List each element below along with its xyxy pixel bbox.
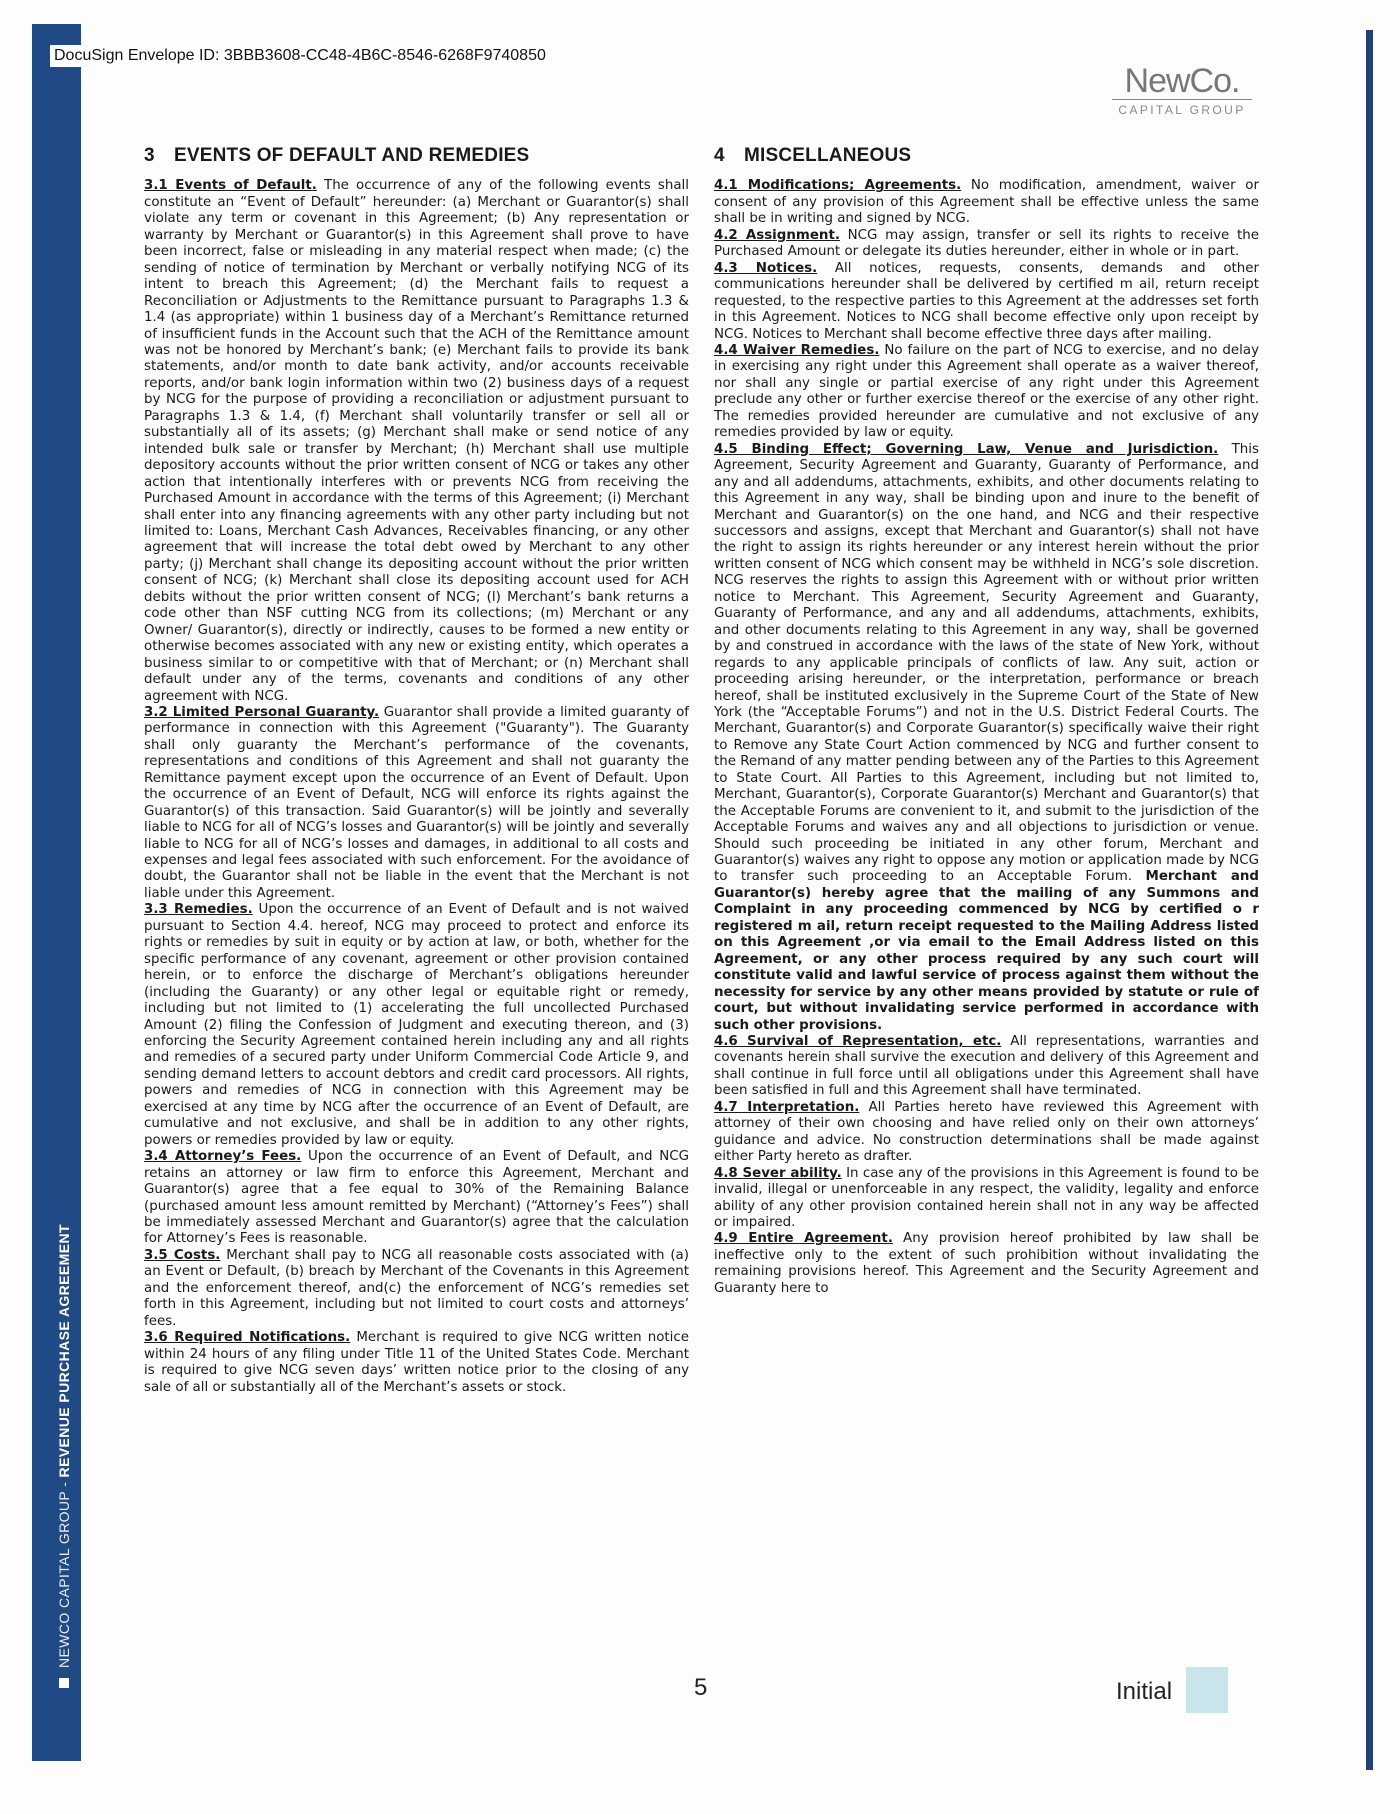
clause-3-2: 3.2 Limited Personal Guaranty. Guarantor…: [144, 705, 689, 902]
clause-title: 3.4 Attorney’s Fees.: [144, 1149, 301, 1164]
clause-body: This Agreement, Security Agreement and G…: [714, 442, 1259, 885]
clause-4-8: 4.8 Sever ability. In case any of the pr…: [714, 1166, 1259, 1232]
section-number: 3: [144, 148, 174, 164]
clause-body: Merchant shall pay to NCG all reasonable…: [144, 1248, 689, 1329]
clause-title: 4.3 Notices.: [714, 261, 817, 276]
logo-subtitle: CAPITAL GROUP: [1112, 103, 1252, 117]
clause-4-5: 4.5 Binding Effect; Governing Law, Venue…: [714, 442, 1259, 1034]
clause-title: 3.1 Events of Default.: [144, 178, 317, 193]
section-heading: 3EVENTS OF DEFAULT AND REMEDIES: [144, 148, 689, 164]
sidebar-company: NEWCO CAPITAL GROUP -: [56, 1477, 72, 1668]
clause-3-6: 3.6 Required Notifications. Merchant is …: [144, 1330, 689, 1396]
clause-3-4: 3.4 Attorney’s Fees. Upon the occurrence…: [144, 1149, 689, 1248]
clause-4-6: 4.6 Survival of Representation, etc. All…: [714, 1034, 1259, 1100]
section-4-column: 4MISCELLANEOUS 4.1 Modifications; Agreem…: [714, 148, 1259, 1297]
clause-title: 4.1 Modifications; Agreements.: [714, 178, 961, 193]
clause-3-1: 3.1 Events of Default. The occurrence of…: [144, 178, 689, 705]
section-3-column: 3EVENTS OF DEFAULT AND REMEDIES 3.1 Even…: [144, 148, 689, 1396]
sidebar-label: NEWCO CAPITAL GROUP - REVENUE PURCHASE A…: [56, 1224, 72, 1688]
section-number: 4: [714, 148, 744, 164]
clause-body: The occurrence of any of the following e…: [144, 178, 689, 703]
page-number: 5: [694, 1674, 707, 1702]
company-logo: NewCo. CAPITAL GROUP: [1112, 64, 1252, 117]
clause-title: 4.2 Assignment.: [714, 228, 840, 243]
envelope-id: DocuSign Envelope ID: 3BBB3608-CC48-4B6C…: [50, 45, 552, 67]
clause-title: 3.5 Costs.: [144, 1248, 220, 1263]
clause-title: 3.3 Remedies.: [144, 902, 253, 917]
clause-3-5: 3.5 Costs. Merchant shall pay to NCG all…: [144, 1248, 689, 1330]
clause-4-3: 4.3 Notices. All notices, requests, cons…: [714, 261, 1259, 343]
initial-label: Initial: [1116, 1678, 1172, 1706]
section-title: MISCELLANEOUS: [744, 145, 911, 166]
clause-4-1: 4.1 Modifications; Agreements. No modifi…: [714, 178, 1259, 227]
clause-4-4: 4.4 Waiver Remedies. No failure on the p…: [714, 343, 1259, 442]
clause-title: 4.4 Waiver Remedies.: [714, 343, 879, 358]
clause-body: Guarantor shall provide a limited guaran…: [144, 705, 689, 901]
clause-4-7: 4.7 Interpretation. All Parties hereto h…: [714, 1100, 1259, 1166]
clause-title: 4.8 Sever ability.: [714, 1166, 842, 1181]
right-accent-bar: [1366, 30, 1373, 1770]
square-bullet-icon: [59, 1678, 69, 1688]
clause-title: 4.6 Survival of Representation, etc.: [714, 1034, 1001, 1049]
clause-title: 4.9 Entire Agreement.: [714, 1231, 893, 1246]
sidebar-document-title: REVENUE PURCHASE AGREEMENT: [56, 1224, 72, 1477]
logo-name: NewCo.: [1112, 64, 1252, 100]
clause-bold-text: Merchant and Guarantor(s) hereby agree t…: [714, 869, 1259, 1032]
clause-title: 4.5 Binding Effect; Governing Law, Venue…: [714, 442, 1218, 457]
clause-4-2: 4.2 Assignment. NCG may assign, transfer…: [714, 228, 1259, 261]
clause-body: Upon the occurrence of an Event of Defau…: [144, 902, 689, 1147]
clause-title: 4.7 Interpretation.: [714, 1100, 859, 1115]
clause-3-3: 3.3 Remedies. Upon the occurrence of an …: [144, 902, 689, 1149]
section-title: EVENTS OF DEFAULT AND REMEDIES: [174, 145, 529, 166]
initial-field[interactable]: [1186, 1667, 1228, 1713]
section-heading: 4MISCELLANEOUS: [714, 148, 1259, 164]
clause-title: 3.6 Required Notifications.: [144, 1330, 350, 1345]
clause-4-9: 4.9 Entire Agreement. Any provision here…: [714, 1231, 1259, 1297]
clause-title: 3.2 Limited Personal Guaranty.: [144, 705, 379, 720]
